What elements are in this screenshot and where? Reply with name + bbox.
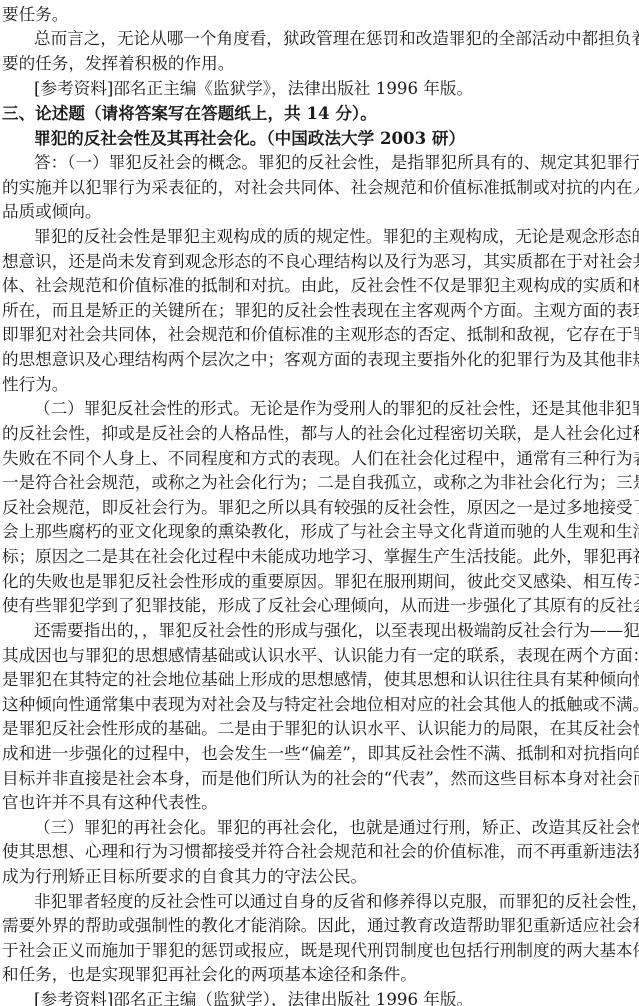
text-line: 即罪犯对社会共同体，社会规范和价值标准的主观形态的否定、抵制和敌视，它存在于罪犯 [2,322,634,348]
text-line: 还需要指出的，，罪犯反社会性的形成与强化，以至表现出极端韵反社会行为——犯罪， [34,618,634,644]
section-heading: 三、论述题（请将答案写在答题纸上，共 14 分）。 [2,100,634,126]
text-line: （三）罪犯的再社会化。罪犯的再社会化，也就是通过行刑，矫正、改造其反社会性， [34,815,634,841]
text-line: 要的任务，发挥着积极的作用。 [2,51,634,77]
text-line: 会上那些腐朽的亚文化现象的熏染教化，形成了与社会主导文化背道而驰的人生观和生活目 [2,519,634,545]
text-line: 使其思想、心理和行为习惯都接受并符合社会规范和社会的价值标准，而不再重新违法犯罪… [2,839,634,865]
text-line: 是罪犯反社会性形成的基础。二是由于罪犯的认识水平、认识能力的局限，在其反社会性形 [2,716,634,742]
text-line: 要任务。 [2,2,634,28]
text-line: 的反社会性，抑或是反社会的人格品性，都与人的社会化过程密切关联，是人社会化过程的 [2,421,634,447]
text-line: 化的失败也是罪犯反社会性形成的重要原因。罪犯在服刑期间，彼此交叉感染、相互传习， [2,569,634,595]
text-line: 标；原因之二是其在社会化过程中未能成功地学习、掌握生产生活技能。此外，罪犯再社会 [2,544,634,570]
text-line: 使有些罪犯学到了犯罪技能，形成了反社会心理倾向，从而进一步强化了其原有的反社会性… [2,593,634,619]
text-line: 和任务，也是实现罪犯再社会化的两项基本途径和条件。 [2,962,634,988]
text-line: 的思想意识及心理结构两个层次之中；客观方面的表现主要指外化的犯罪行为及其他非规则 [2,347,634,373]
text-line: 非犯罪者轻度的反社会性可以通过自身的反省和修养得以克服，而罪犯的反社会性，则 [34,889,634,915]
text-line: 这种倾向性通常集中表现为对社会及与特定社会地位相对应的社会其他人的抵触或不满。这 [2,692,634,718]
text-line: 其成因也与罪犯的思想感情基础或认识水平、认识能力有一定的联系，表现在两个方面：一 [2,643,634,669]
text-line: 体、社会规范和价值标准的抵制和对抗。由此，反社会性不仅是罪犯主观构成的实质和核心 [2,273,634,299]
text-line: 想意识，还是尚未发育到观念形态的不良心理结构以及行为恶习，其实质都在于对社会共同 [2,249,634,275]
reference-note: [参考资料]邵名正主编《监狱学》，法律出版社 1996 年版。 [34,76,634,102]
reference-note: [参考资料]邵名正主编（监狱学），法律出版社 1996 年版。 [34,987,634,1006]
text-line: 是罪犯在其特定的社会地位基础上形成的思想感情，使其思想和认识往往具有某种倾向性， [2,667,634,693]
text-line: 答：（一）罪犯反社会的概念。罪犯的反社会性，是指罪犯所具有的、规定其犯罪行为 [34,150,634,176]
text-line: 成为行刑矫正目标所要求的自食其力的守法公民。 [2,864,634,890]
text-line: 的实施并以犯罪行为采表征的，对社会共同体、社会规范和价值标准抵制或对抗的内在人格 [2,175,634,201]
text-line: （二）罪犯反社会性的形式。无论是作为受刑人的罪犯的反社会性，还是其他非犯罪者 [34,396,634,422]
text-line: 性行为。 [2,372,634,398]
text-line: 罪犯的反社会性是罪犯主观构成的质的规定性。罪犯的主观构成，无论是观念形态的思 [34,224,634,250]
question-title: 罪犯的反社会性及其再社会化。（中国政法大学 2003 研） [34,125,634,151]
text-line: 官也许并不具有这种代表性。 [2,790,634,816]
text-line: 品质或倾向。 [2,199,634,225]
text-line: 失败在不同个人身上、不同程度和方式的表现。人们在社会化过程中，通常有三种行为表现… [2,446,634,472]
text-line: 于社会正义而施加于罪犯的惩罚或报应，既是现代刑罚制度也包括行刑制度的两大基本依据 [2,938,634,964]
text-line: 反社会规范，即反社会行为。罪犯之所以具有较强的反社会性，原因之一是过多地接受了社 [2,495,634,521]
text-line: 目标并非直接是社会本身，而是他们所认为的社会的“代表”，然而这些目标本身对社会而 [2,766,634,792]
text-line: 需要外界的帮助或强制性的教化才能消除。因此，通过教育改造帮助罪犯重新适应社会和基 [2,913,634,939]
text-line: 所在，而且是矫正的关键所在；罪犯的反社会性表现在主客观两个方面。主观方面的表现， [2,298,634,324]
text-line: 总而言之，无论从哪一个角度看，狱政管理在惩罚和改造罪犯的全部活动中都担负着重 [34,26,634,52]
text-line: 成和进一步强化的过程中，也会发生一些“偏差”，即其反社会性不满、抵制和对抗指向的 [2,741,634,767]
text-line: 一是符合社会规范，或称之为社会化行为；二是自我孤立，或称之为非社会化行为；三是违 [2,470,634,496]
